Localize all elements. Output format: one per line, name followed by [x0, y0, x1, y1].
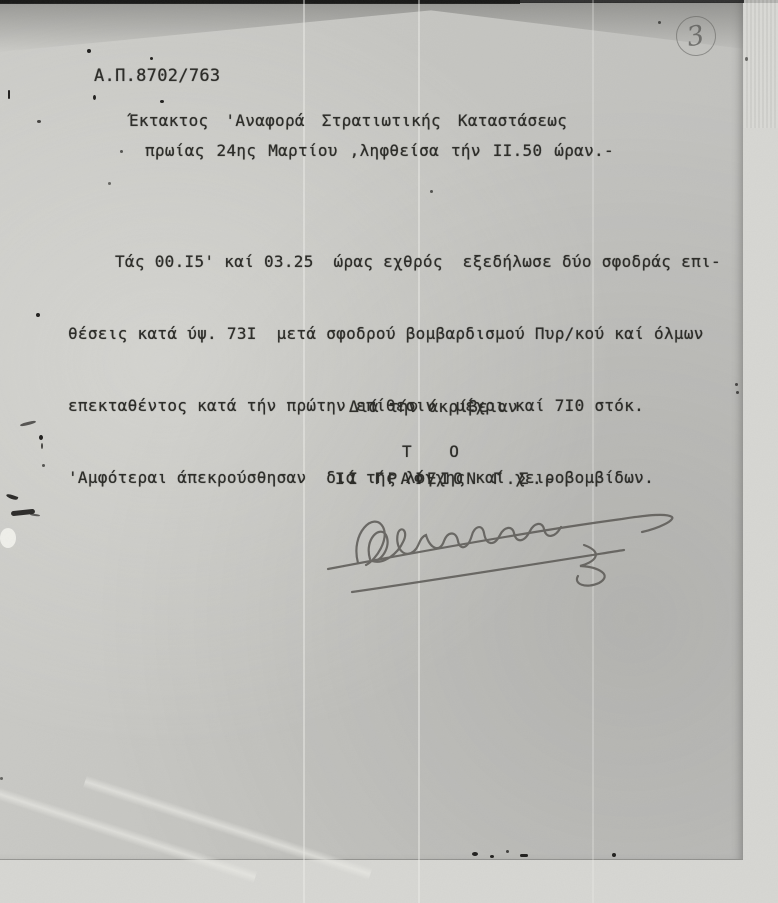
ink-speck: [87, 49, 91, 53]
body-line-1: Τάς 00.Ι5' καί 03.25 ώρας εχθρός εξεδήλω…: [68, 250, 721, 274]
ink-speck: [37, 120, 41, 123]
ink-speck: [612, 853, 616, 857]
paper-flaw: [0, 528, 16, 548]
body-line-2: θέσεις κατά ύψ. 73Ι μετά σφοδρού βομβαρδ…: [68, 322, 721, 346]
ink-speck: [160, 100, 164, 103]
title-line-2: πρωίας 24ης Μαρτίου ,ληφθείσα τήν ΙΙ.50 …: [145, 139, 614, 163]
page-number: 3: [685, 19, 707, 53]
ink-speck: [658, 21, 661, 24]
ink-speck: [472, 852, 478, 856]
ink-speck: [39, 435, 43, 440]
ink-speck: [42, 464, 45, 467]
closing-certification: Διά τήν άκρίβειαν: [349, 395, 518, 419]
ink-speck: [8, 90, 10, 99]
title-line-1: Έκτακτος 'Αναφορά Στρατιωτικής Καταστάσε…: [129, 109, 567, 133]
ink-speck: [430, 190, 433, 193]
ink-speck: [0, 777, 3, 780]
ink-speck: [120, 150, 123, 153]
ink-speck: [745, 57, 748, 61]
ink-speck: [36, 313, 40, 317]
ink-speck: [520, 854, 528, 857]
scanned-document-page: Α.Π.8702/763 Έκτακτος 'Αναφορά Στρατιωτι…: [0, 0, 778, 903]
ink-speck: [150, 57, 153, 60]
closing-article: Τ Ο: [402, 440, 473, 464]
ink-speck: [93, 95, 96, 100]
ink-speck: [41, 443, 43, 449]
ink-speck: [490, 855, 494, 858]
scan-top-edge-dark: [0, 0, 520, 4]
ink-speck: [506, 850, 509, 853]
pencil-dot: [736, 391, 739, 394]
reference-number: Α.Π.8702/763: [94, 64, 220, 88]
pencil-dot: [735, 383, 738, 386]
scanner-moire-strip: [744, 0, 778, 128]
ink-speck: [108, 182, 111, 185]
handwritten-signature: [322, 487, 682, 597]
